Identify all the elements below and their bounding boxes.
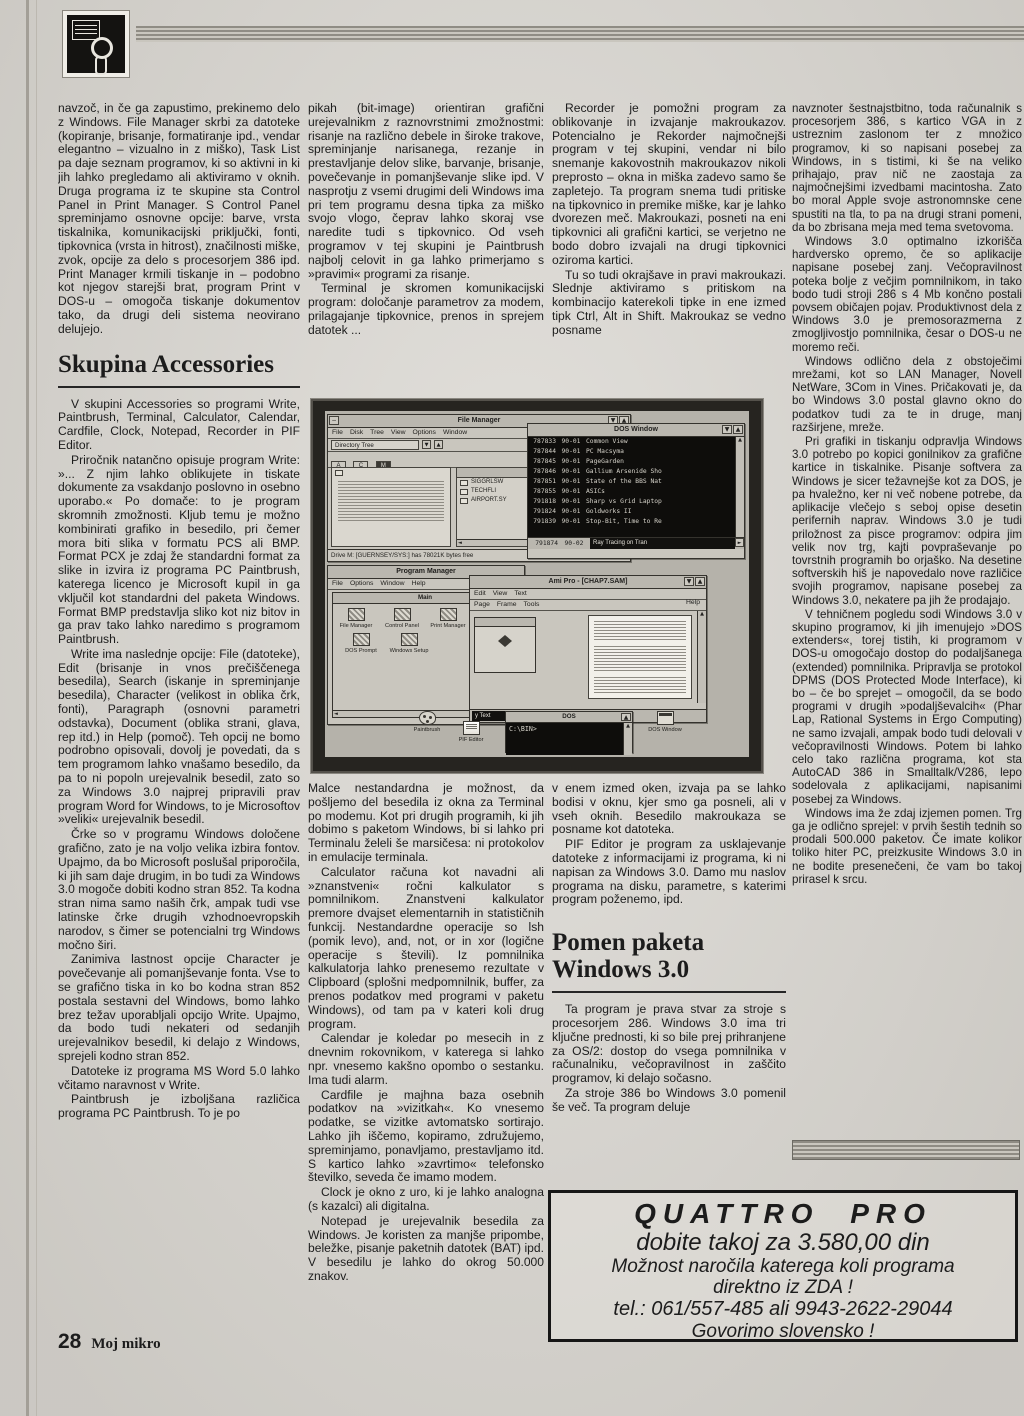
dos-listing-row: 791824 90-01 Goldworks II <box>528 507 735 517</box>
desktop-icon-pif-editor: PIF Editor <box>449 721 493 744</box>
listing-title: ASICs <box>586 487 735 497</box>
paragraph: V tehničnem pogledu sodi Windows 3.0 v s… <box>792 608 1022 806</box>
listing-title: PageGarden <box>586 457 735 467</box>
program-icon-glyph <box>440 608 457 621</box>
minimize-button: ▼ <box>722 425 732 434</box>
paragraph: pikah (bit-image) orientiran grafični ur… <box>308 102 544 281</box>
listing-date: 90-01 <box>556 467 586 477</box>
text-column-1: navzoč, in če ga zapustimo, prekinemo de… <box>58 102 300 1332</box>
pif-editor-document-icon <box>463 721 480 735</box>
ami-pro-menubar-row1: EditViewText <box>470 589 706 600</box>
folder-icon <box>460 489 468 495</box>
dos-listing-row: 791839 90-01 Stop-Bit, Time to Re <box>528 517 735 527</box>
program-icon: DOS Prompt <box>339 633 383 654</box>
program-icon-glyph <box>401 633 418 646</box>
paintbrush-palette-icon <box>419 711 436 725</box>
paragraph: Datoteke iz programa MS Word 5.0 lahko v… <box>58 1065 300 1093</box>
menu-item: Options <box>350 579 373 589</box>
menu-item: File <box>332 428 343 438</box>
dos-listing-row: 787851 90-01 State of the BBS Nat <box>528 477 735 487</box>
program-icon-label: DOS Prompt <box>345 648 377 654</box>
disk-shutter-shape <box>95 56 107 75</box>
tree-lines <box>338 481 444 521</box>
dos-prompt-text: C:\BIN> <box>509 725 537 733</box>
dos-listing-row: 787845 90-01 PageGarden <box>528 457 735 467</box>
paragraph: Notepad je urejevalnik besedila za Windo… <box>308 1215 544 1284</box>
paragraph: Windows ima že zdaj izjemen pomen. Trg g… <box>792 807 1022 886</box>
folder-icon <box>460 498 468 504</box>
listing-title: Gallium Arsenide Sho <box>586 467 735 477</box>
paragraph: Malce nestandardna je možnost, da pošlje… <box>308 782 544 865</box>
listing-date: 90-01 <box>556 437 586 447</box>
program-icon-label: File Manager <box>340 623 373 629</box>
text-column-2-top: pikah (bit-image) orientiran grafični ur… <box>308 102 544 396</box>
listing-number: 791874 <box>528 538 558 549</box>
page-number: 28 <box>58 1330 81 1354</box>
ami-pro-window: Ami Pro - [CHAP7.SAM] ▼ ▲ EditViewText P… <box>469 575 707 723</box>
stripe-divider-bar <box>792 1140 1020 1160</box>
windows-desktop: − File Manager ▼ ▲ FileDiskTreeViewOptio… <box>325 411 749 757</box>
listing-title: Ray Tracing on Tran <box>590 538 735 549</box>
text-block <box>594 677 686 693</box>
listing-number: 787855 <box>528 487 556 497</box>
folder-name: TECHFLI <box>471 487 496 496</box>
vertical-scrollbar: ▲ <box>735 437 744 537</box>
listing-date: 90-01 <box>556 497 586 507</box>
listing-date: 90-01 <box>556 487 586 497</box>
menu-item: Tree <box>370 428 384 438</box>
scroll-left-icon: ◄ <box>334 711 338 717</box>
paragraph: Črke so v programu Windows določene graf… <box>58 828 300 952</box>
menu-item: File <box>332 579 343 589</box>
ami-pro-title: Ami Pro - [CHAP7.SAM] <box>549 578 628 585</box>
menu-item: Window <box>380 579 404 589</box>
menu-item: Options <box>413 428 436 438</box>
listing-title: State of the BBS Nat <box>586 477 735 487</box>
text-column-3-bottom: v enem izmed oken, izvaja pa se lahko bo… <box>552 782 786 1184</box>
page-footer: 28 Moj mikro <box>58 1330 161 1354</box>
floppy-disk-icon <box>62 10 130 78</box>
listing-number: 787833 <box>528 437 556 447</box>
text-column-4: navznoter šestnajstbitno, toda računalni… <box>792 102 1022 1134</box>
program-icon: Windows Setup <box>387 633 431 654</box>
program-icon-label: Windows Setup <box>390 648 429 654</box>
maximize-button: ▲ <box>733 425 743 434</box>
section-heading-windows-30: Windows 3.0 <box>552 956 786 993</box>
listing-number: 791824 <box>528 507 556 517</box>
listing-date: 90-01 <box>556 457 586 467</box>
program-icon-glyph <box>348 608 365 621</box>
scroll-right-icon: ► <box>735 538 744 547</box>
section-heading-skupina-accessories: Skupina Accessories <box>58 351 300 388</box>
listing-title: Goldworks II <box>586 507 735 517</box>
paragraph: Za stroje 386 bo Windows 3.0 pomenil še … <box>552 1087 786 1115</box>
dos-window-icon <box>657 711 674 725</box>
page-edge-line <box>36 0 37 1416</box>
menu-item: Edit <box>474 589 486 599</box>
listing-title: Stop-Bit, Time to Re <box>586 517 735 527</box>
program-icon-glyph <box>394 608 411 621</box>
folder-name: AIRPORT.SY <box>471 496 507 505</box>
menu-item: View <box>391 428 406 438</box>
folder-icon <box>335 470 343 476</box>
up-arrow-icon: ▲ <box>434 440 443 449</box>
dos-listing-row: 787833 90-01 Common View <box>528 437 735 447</box>
program-icon-label: Print Manager <box>430 623 465 629</box>
dropdown-arrow-icon: ▼ <box>422 440 431 449</box>
paragraph: Zanimiva lastnost opcije Character je po… <box>58 953 300 1063</box>
listing-date: 90-02 <box>558 538 590 549</box>
dos-prompt-title: DOS <box>562 713 575 720</box>
page-edge-line <box>26 0 29 1416</box>
listing-title: PC Macsyma <box>586 447 735 457</box>
folder-name: SIGGRLSW <box>471 478 503 487</box>
ad-language-line: Govorimo slovensko ! <box>551 1321 1015 1343</box>
listing-date: 90-01 <box>556 477 586 487</box>
ami-pro-logo-icon <box>498 635 512 647</box>
menu-item-help: Help <box>686 598 700 608</box>
section-heading-pomen-paketa: Pomen paketa <box>552 929 786 956</box>
ad-phone-line: tel.: 061/557-485 ali 9943-2622-29044 <box>551 1298 1015 1321</box>
ad-title: QUATTRO PRO <box>551 1199 1015 1229</box>
desktop-icon-dos-window: DOS Window <box>643 711 687 734</box>
dos-prompt-window: DOS ▲ C:\BIN> ▲ <box>505 711 633 753</box>
program-manager-title: Program Manager <box>391 568 461 575</box>
paragraph: Terminal je skromen komunikacijski progr… <box>308 282 544 337</box>
desktop-icon-label: DOS Window <box>648 727 682 733</box>
paragraph: navzoč, in če ga zapustimo, prekinemo de… <box>58 102 300 337</box>
menu-item: View <box>493 589 508 599</box>
paragraph: Windows 3.0 optimalno izkorišča hardvers… <box>792 235 1022 354</box>
document-page-preview <box>588 615 692 699</box>
listing-date: 90-01 <box>556 517 586 527</box>
group-title: Main <box>418 594 432 601</box>
ami-child-window <box>474 617 536 673</box>
paragraph: PIF Editor je program za usklajevanje da… <box>552 838 786 907</box>
menu-item: Page <box>474 600 490 610</box>
dos-listing-selected-row: 791874 90-02 Ray Tracing on Tran ► <box>528 537 744 549</box>
ad-offer-line: Možnost naročila katerega koli programa <box>551 1256 1015 1277</box>
dos-listing-row: 787846 90-01 Gallium Arsenide Sho <box>528 467 735 477</box>
vertical-scrollbar: ▲ <box>697 611 706 703</box>
window-menu-button: − <box>329 416 339 425</box>
ad-origin-line: direktno iz ZDA ! <box>551 1277 1015 1298</box>
listing-number: 787851 <box>528 477 556 487</box>
dos-window: DOS Window ▼ ▲ 787833 90-01 Common View … <box>527 423 745 559</box>
menu-item: Frame <box>497 600 517 610</box>
file-manager-title: File Manager <box>458 417 501 424</box>
directory-tree-pane <box>331 467 451 547</box>
paragraph: Write ima naslednje opcije: File (datote… <box>58 648 300 827</box>
listing-title: Common View <box>586 437 735 447</box>
maximize-button: ▲ <box>695 577 705 586</box>
minimize-button: ▼ <box>684 577 694 586</box>
paragraph: Priročnik natančno opisuje program Write… <box>58 454 300 647</box>
paragraph: Tu so tudi okrajšave in pravi makroukazi… <box>552 269 786 338</box>
text-column-3-top: Recorder je pomožni program za oblikovan… <box>552 102 786 396</box>
paragraph: v enem izmed oken, izvaja pa se lahko bo… <box>552 782 786 837</box>
magazine-name: Moj mikro <box>91 1336 160 1353</box>
directory-tree-dropdown: Directory Tree <box>331 440 419 450</box>
disk-label-shape <box>72 20 100 40</box>
desktop-icon-label: Paintbrush <box>414 727 441 733</box>
windows30-screenshot-photo: − File Manager ▼ ▲ FileDiskTreeViewOptio… <box>310 398 764 774</box>
program-icon-label: Control Panel <box>385 623 419 629</box>
menu-item: Disk <box>350 428 363 438</box>
quattro-pro-advertisement: QUATTRO PRO dobite takoj za 3.580,00 din… <box>548 1190 1018 1342</box>
maximize-button: ▲ <box>621 713 631 721</box>
menu-item: Help <box>412 579 426 589</box>
program-icon: File Manager <box>334 608 378 629</box>
paragraph: V skupini Accessories so programi Write,… <box>58 398 300 453</box>
paragraph: Windows odlično dela z obstoječimi mreža… <box>792 355 1022 434</box>
text-column-2-bottom: Malce nestandardna je možnost, da pošlje… <box>308 782 544 1334</box>
text-block <box>594 621 686 641</box>
listing-number: 787846 <box>528 467 556 477</box>
dos-listing-row: 787844 90-01 PC Macsyma <box>528 447 735 457</box>
vertical-scrollbar: ▲ <box>623 723 632 755</box>
desktop-icon-label: PIF Editor <box>459 737 484 743</box>
masthead-stripe-bar <box>136 26 1024 42</box>
program-icon-glyph <box>353 633 370 646</box>
scroll-left-icon: ◄ <box>458 540 462 546</box>
listing-number: 791818 <box>528 497 556 507</box>
paragraph: navznoter šestnajstbitno, toda računalni… <box>792 102 1022 234</box>
program-icon: Print Manager <box>426 608 470 629</box>
paragraph: Cardfile je majhna baza osebnih podatkov… <box>308 1089 544 1186</box>
program-icon: Control Panel <box>380 608 424 629</box>
desktop-icon-paintbrush: Paintbrush <box>405 711 449 734</box>
paragraph: Recorder je pomožni program za oblikovan… <box>552 102 786 268</box>
listing-title: Sharp vs Grid Laptop <box>586 497 735 507</box>
paragraph: Paintbrush je izboljšana različica progr… <box>58 1093 300 1121</box>
menu-item: Window <box>443 428 467 438</box>
dos-window-title: DOS Window <box>614 426 658 433</box>
paragraph: Pri grafiki in tiskanju odpravlja Window… <box>792 435 1022 607</box>
ad-price-line: dobite takoj za 3.580,00 din <box>551 1229 1015 1256</box>
menu-item: Text <box>514 589 526 599</box>
listing-date: 90-01 <box>556 507 586 517</box>
menu-item: Tools <box>524 600 540 610</box>
dos-listing-row: 791818 90-01 Sharp vs Grid Laptop <box>528 497 735 507</box>
listing-number: 787844 <box>528 447 556 457</box>
listing-number: 787845 <box>528 457 556 467</box>
listing-date: 90-01 <box>556 447 586 457</box>
ami-pro-menubar-row2: PageFrameTools <box>470 600 706 611</box>
dos-listing-row: 787855 90-01 ASICs <box>528 487 735 497</box>
folder-icon <box>460 480 468 486</box>
paragraph: Calendar je koledar po mesecih in z dnev… <box>308 1032 544 1087</box>
paragraph: Ta program je prava stvar za stroje s pr… <box>552 1003 786 1086</box>
text-block <box>594 646 686 672</box>
listing-number: 791839 <box>528 517 556 527</box>
paragraph: Clock je okno z uro, ki je lahko analogn… <box>308 1186 544 1214</box>
paragraph: Calculator računa kot navadni ali »znans… <box>308 866 544 1032</box>
